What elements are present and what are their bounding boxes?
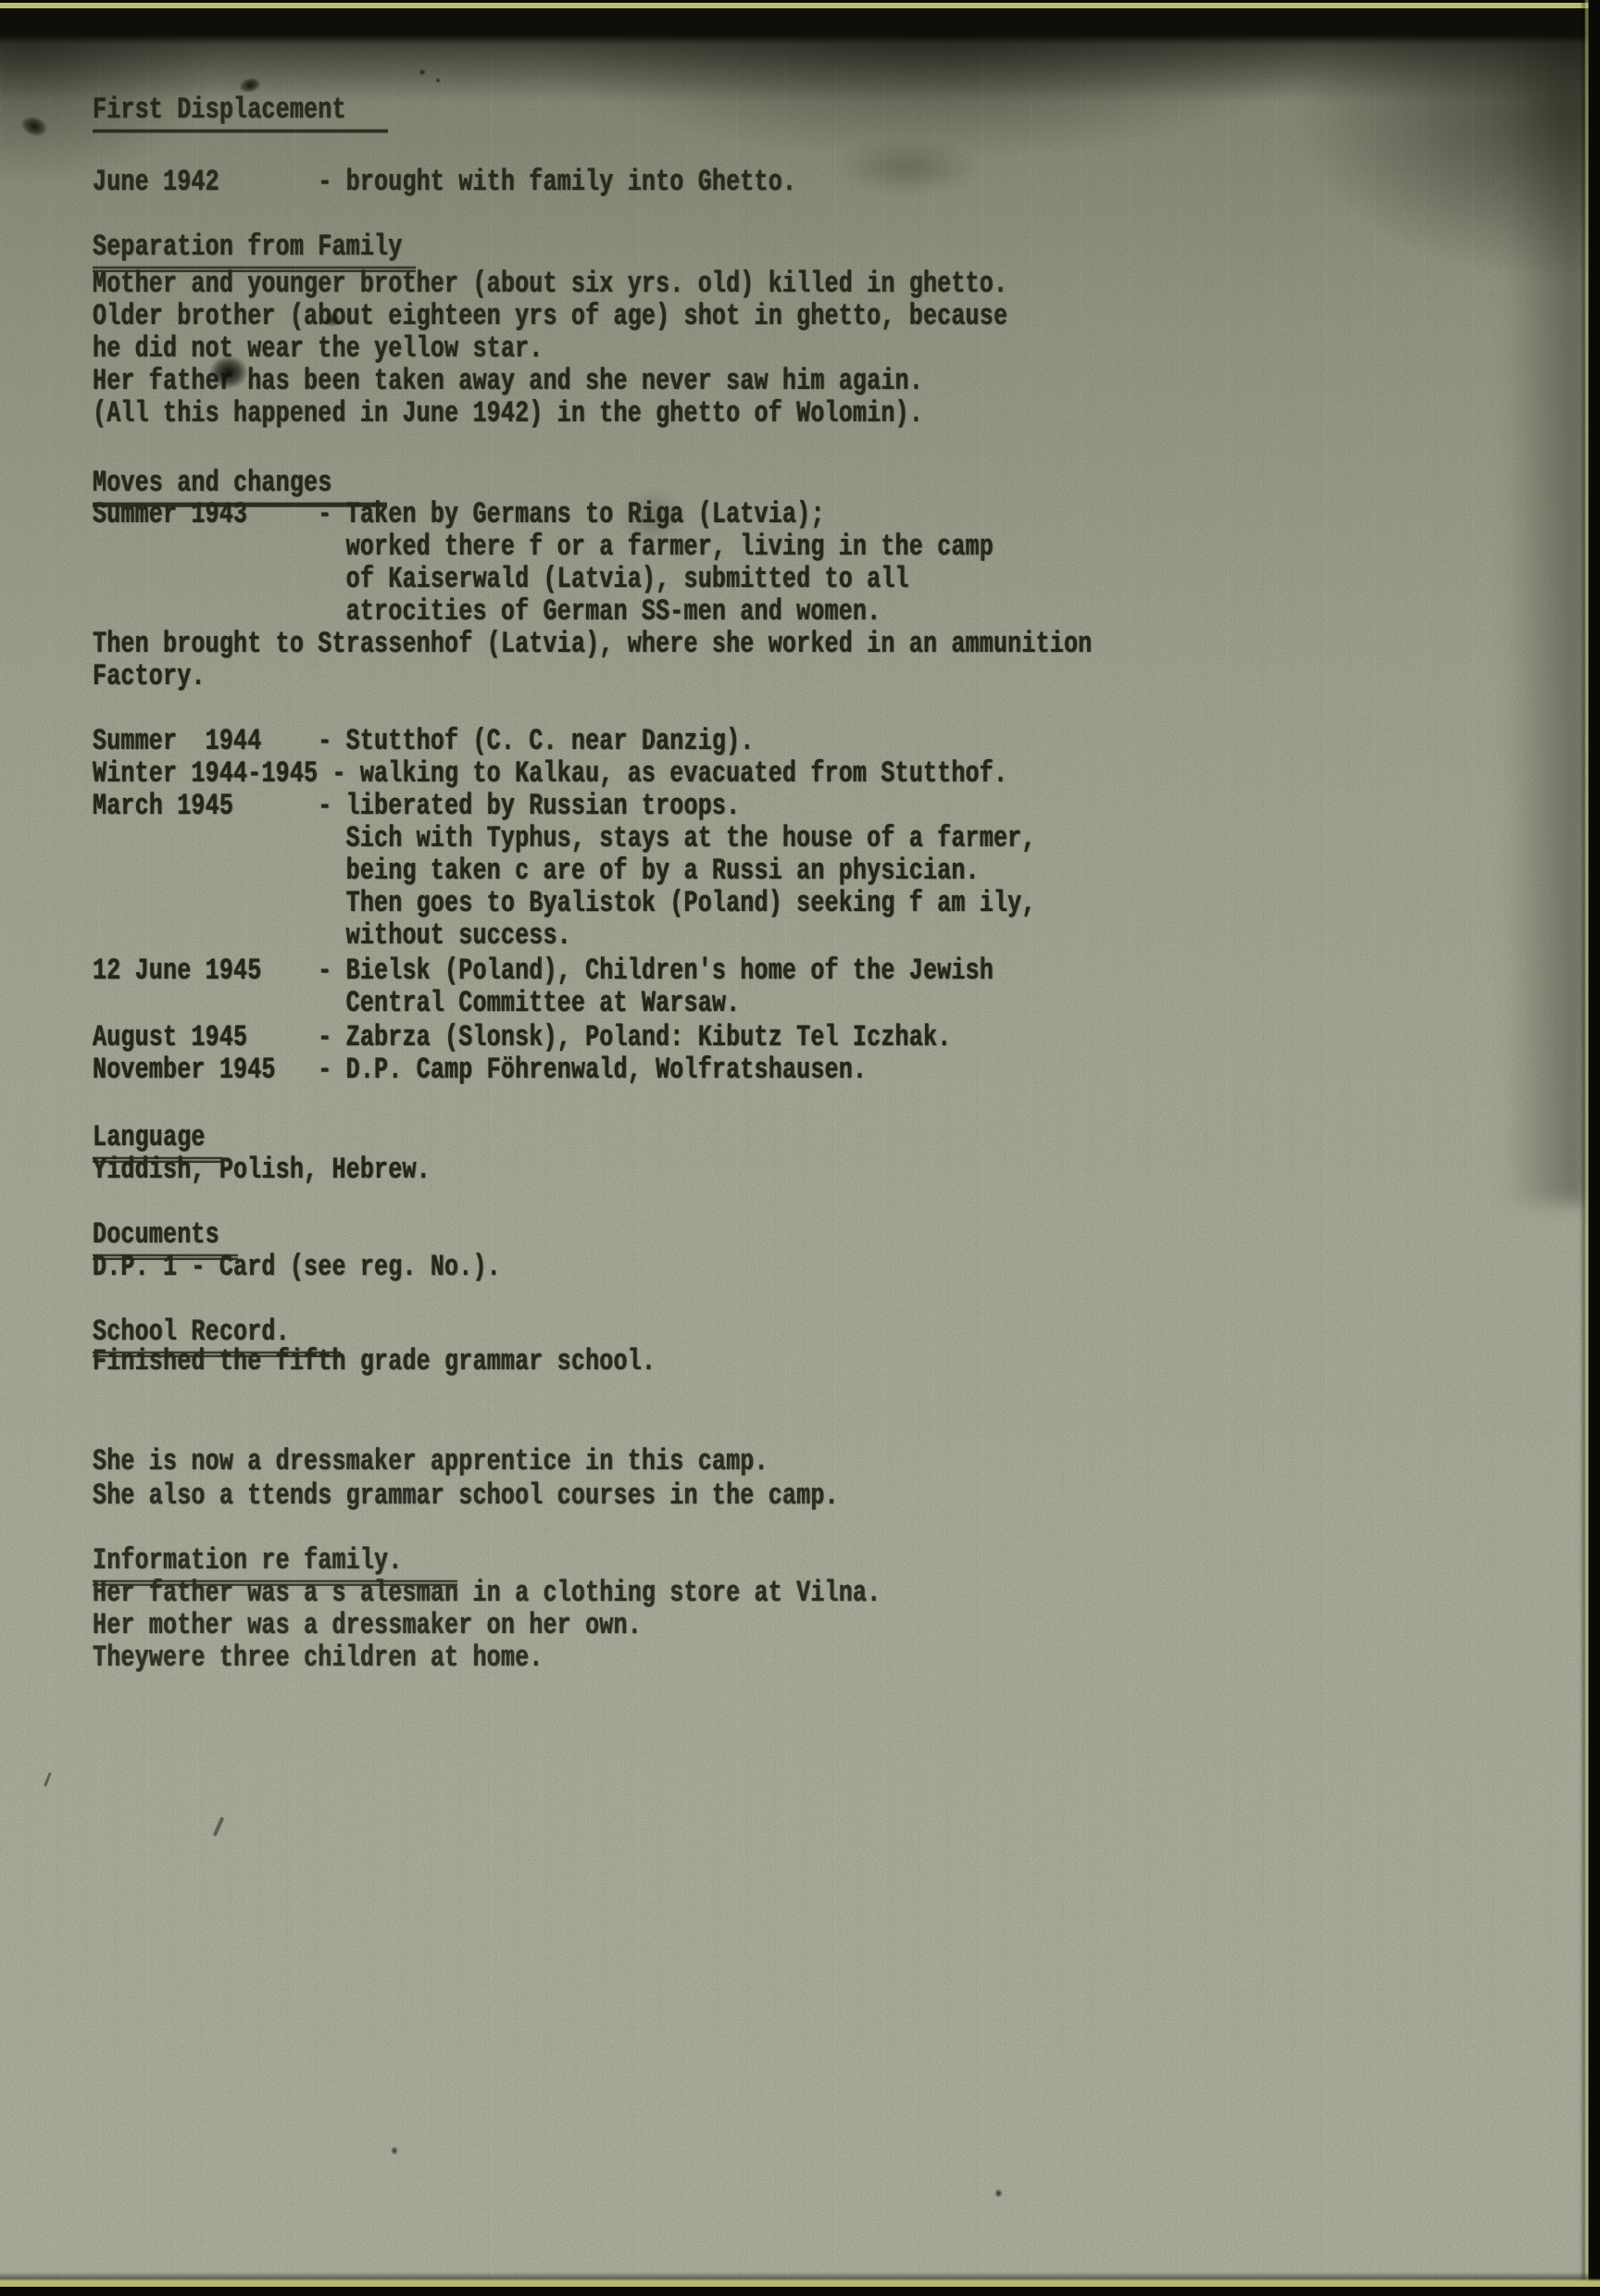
doc-line: Factory. xyxy=(93,659,206,694)
doc-line: Sich with Typhus, stays at the house of … xyxy=(93,821,1036,856)
doc-line: Summer 1943 - Taken by Germans to Riga (… xyxy=(93,497,825,532)
typewritten-text-layer: First Displacement June 1942 - brought w… xyxy=(0,0,1600,2296)
doc-line: Mother and younger brother (about six yr… xyxy=(93,267,1007,302)
doc-line: being taken c are of by a Russi an physi… xyxy=(93,854,980,889)
doc-line: of Kaiserwald (Latvia), submitted to all xyxy=(93,562,909,597)
doc-line: Summer 1944 - Stutthof (C. C. near Danzi… xyxy=(93,724,755,759)
doc-line: She is now a dressmaker apprentice in th… xyxy=(93,1444,769,1479)
doc-line: he did not wear the yellow star. xyxy=(93,331,543,367)
doc-line: March 1945 - liberated by Russian troops… xyxy=(93,789,740,824)
doc-line: (All this happened in June 1942) in the … xyxy=(93,396,923,431)
doc-line: June 1942 - brought with family into Ghe… xyxy=(93,165,796,200)
doc-line: worked there f or a farmer, living in th… xyxy=(93,530,994,565)
doc-line: She also a ttends grammar school courses… xyxy=(93,1479,839,1514)
doc-line: Her father has been taken away and she n… xyxy=(93,364,923,399)
doc-line: Finished the fifth grade grammar school. xyxy=(93,1344,656,1379)
doc-line: Yiddish, Polish, Hebrew. xyxy=(93,1153,431,1188)
scanned-document-page: First Displacement June 1942 - brought w… xyxy=(0,0,1600,2296)
doc-line: Central Committee at Warsaw. xyxy=(93,986,740,1021)
doc-line: Older brother (about eighteen yrs of age… xyxy=(93,299,1007,334)
section-heading-first-displacement: First Displacement xyxy=(93,93,388,133)
doc-line: Her father was a s alesman in a clothing… xyxy=(93,1576,881,1611)
doc-line: Then goes to Byalistok (Poland) seeking … xyxy=(93,886,1036,921)
doc-line: November 1945 - D.P. Camp Föhrenwald, Wo… xyxy=(93,1053,867,1088)
doc-line: Then brought to Strassenhof (Latvia), wh… xyxy=(93,627,1092,662)
doc-line: Winter 1944-1945 - walking to Kalkau, as… xyxy=(93,756,1007,792)
doc-line: August 1945 - Zabrza (Slonsk), Poland: K… xyxy=(93,1020,951,1055)
doc-line: atrocities of German SS-men and women. xyxy=(93,594,881,630)
doc-line: Her mother was a dressmaker on her own. xyxy=(93,1608,642,1643)
doc-line: 12 June 1945 - Bielsk (Poland), Children… xyxy=(93,954,994,989)
doc-line: Theywere three children at home. xyxy=(93,1641,543,1676)
heading-text: First Displacement xyxy=(93,93,388,133)
doc-line: D.P. 1 - Card (see reg. No.). xyxy=(93,1250,501,1285)
doc-line: without success. xyxy=(93,918,571,954)
